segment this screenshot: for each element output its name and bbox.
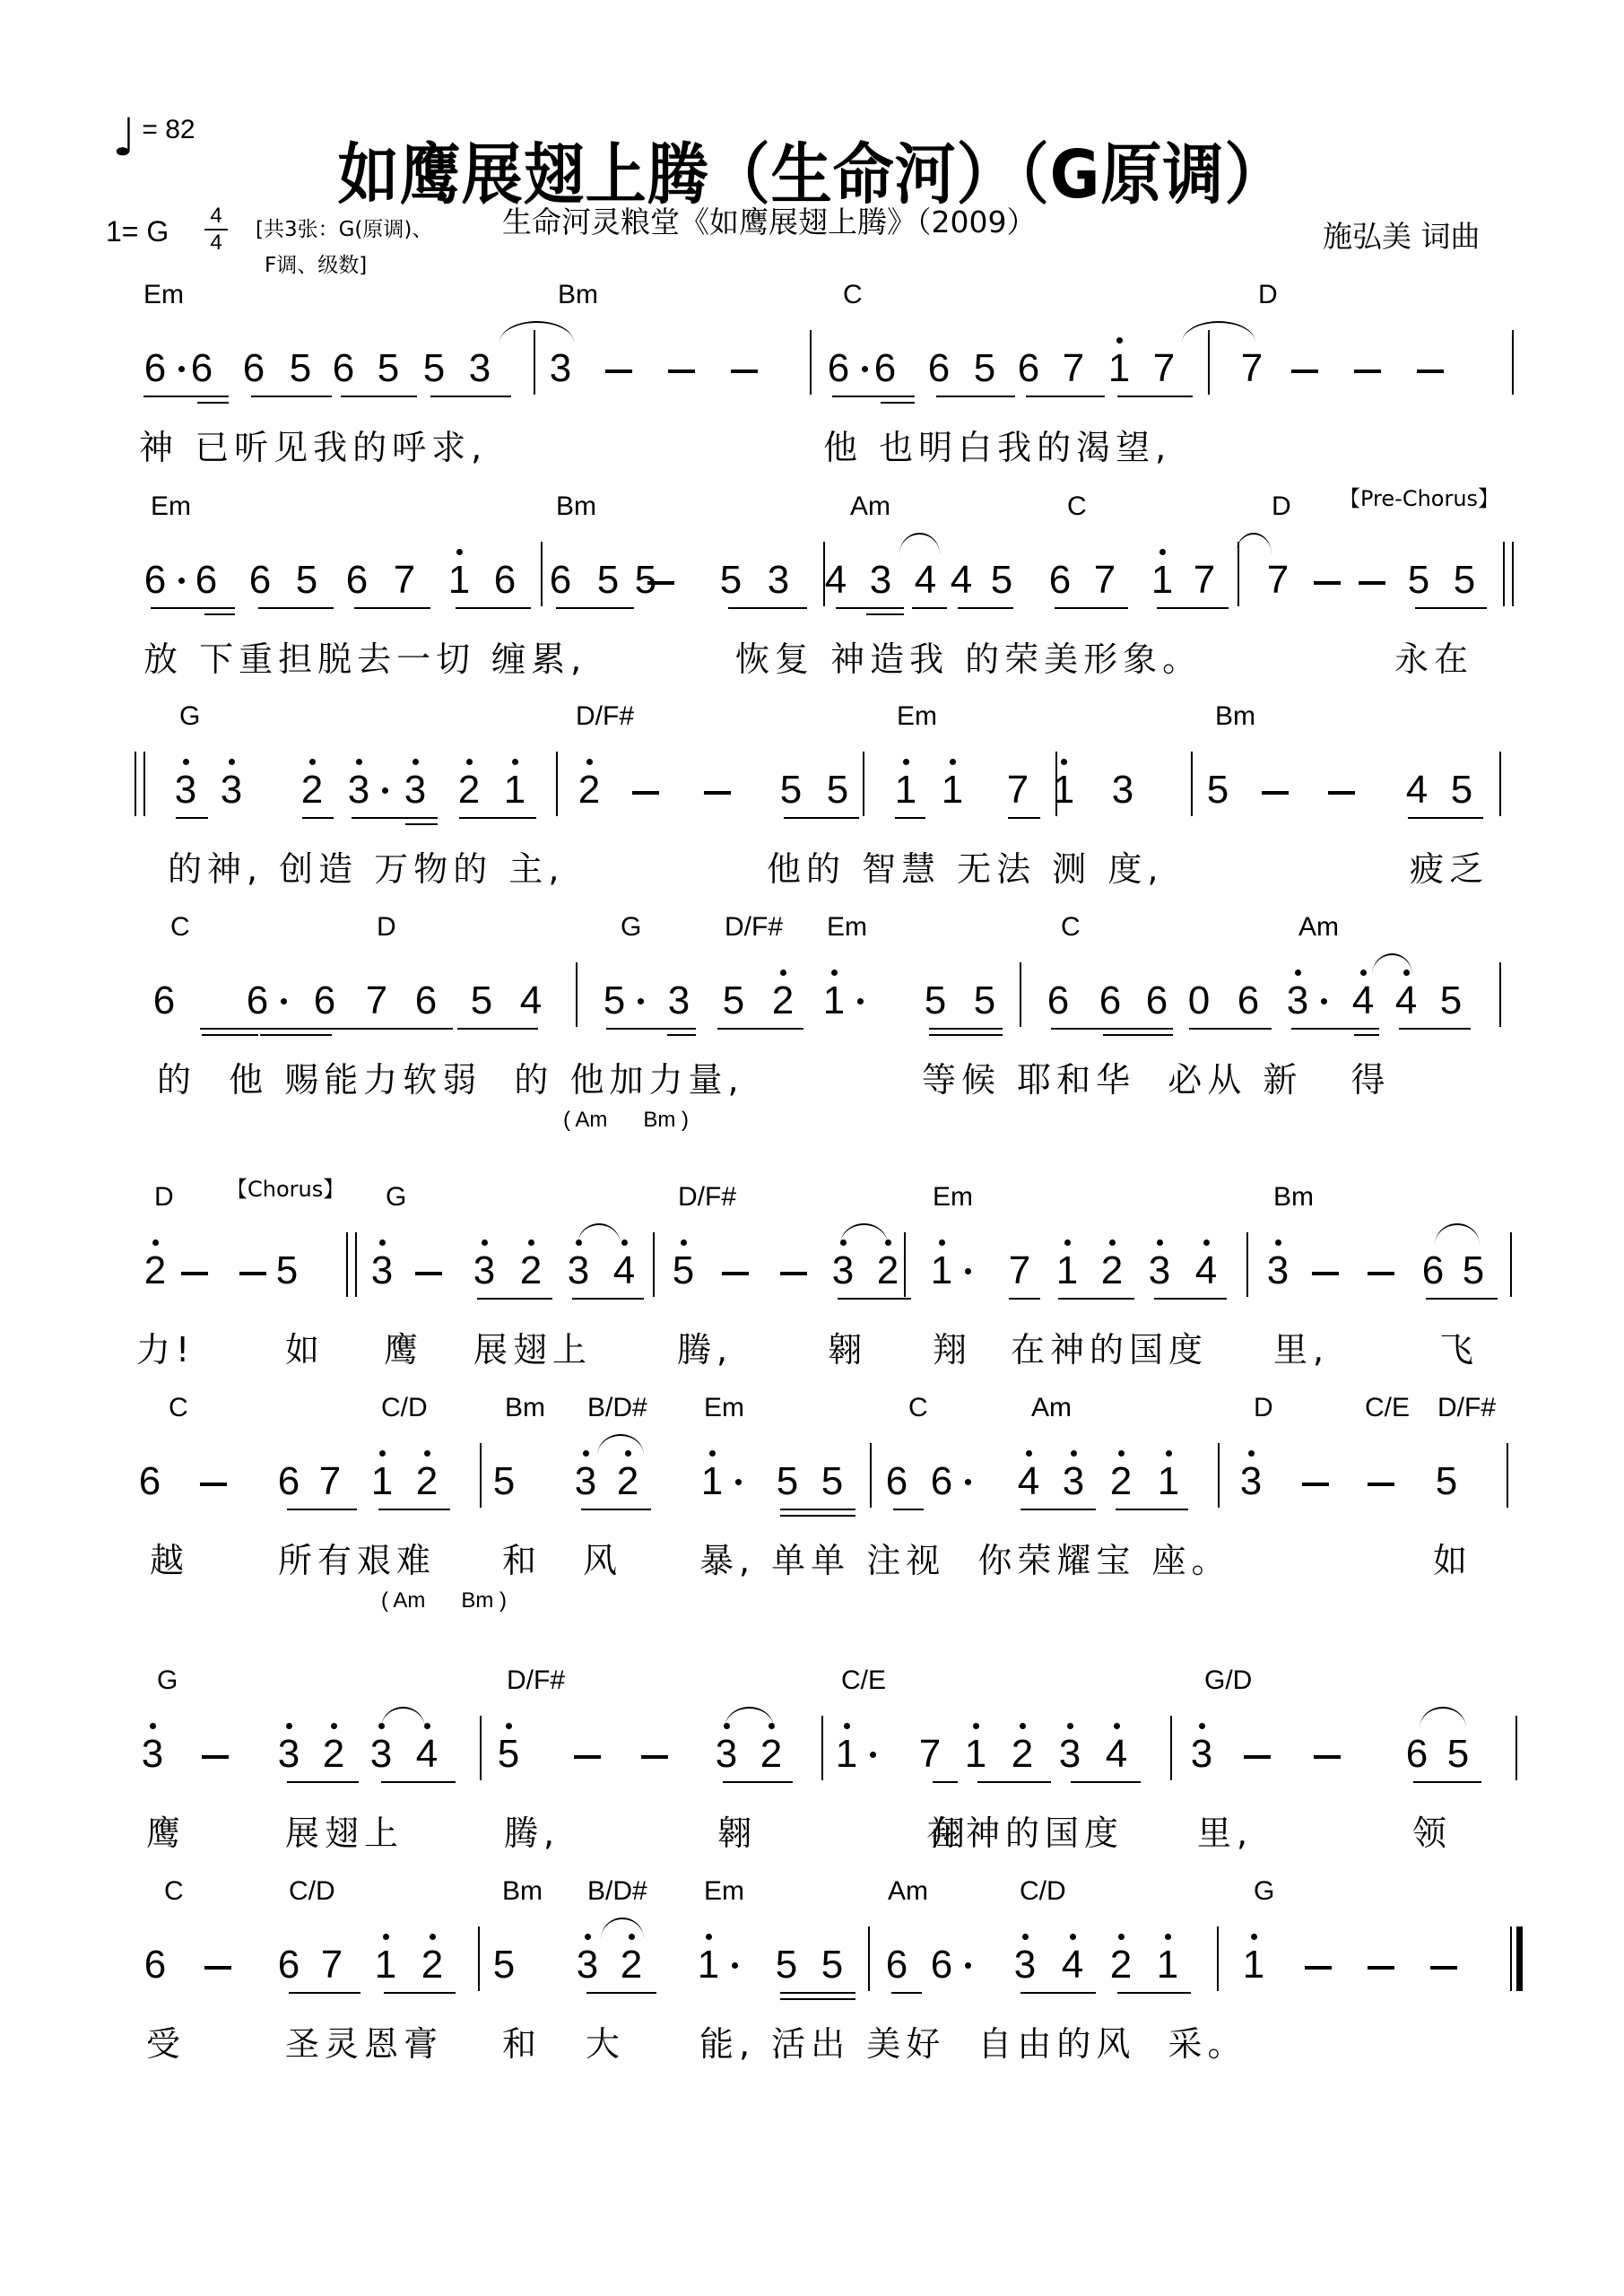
note-digit: 5 [974,346,995,390]
note: 1 [499,768,530,813]
octave-dot-icon [309,759,316,765]
notation-row: 6671253215566432135 [0,1443,1624,1524]
octave-dot-icon [903,759,909,765]
beam-underline [780,1998,855,2000]
note: 5 [771,1943,802,1987]
note-digit: 6 [333,346,354,390]
note: 6 [239,346,269,391]
beam-underline [1117,1992,1191,1994]
note-digit: 2 [323,1732,344,1776]
octave-dot-icon [1159,549,1166,555]
note-digit: 6 [1047,978,1069,1022]
note-digit: 2 [1110,1459,1132,1503]
note: 7 [915,1732,945,1777]
octave-dot-icon [1071,1450,1077,1457]
note: 5 [285,346,316,391]
note-digit: 5 [296,558,317,602]
note-digit: 6 [144,346,166,390]
barline [870,1443,872,1508]
octave-dot-icon [1118,1450,1125,1457]
note: 5 [986,558,1017,603]
chord-symbol: B/D# [587,1393,647,1423]
note: 6 [545,558,576,603]
key-signature: 1= G [106,215,169,248]
note: 6 [1013,346,1044,391]
note-digit: 4 [520,978,542,1022]
note-digit: 3 [768,558,789,602]
note-digit: 7 [1094,558,1116,602]
note-digit: 1 [698,1943,719,1987]
note: 2 [1106,1943,1136,1987]
octave-dot-icon [1165,1934,1171,1940]
tie-arc [601,1918,644,1939]
beam-underline [197,402,229,404]
sustain-dash [1430,1966,1457,1970]
note: 4 [1348,978,1378,1023]
note-digit: 6 [195,558,217,602]
chord-symbol: G [157,1665,178,1696]
note: 6 [140,558,170,603]
beam-underline [586,1992,656,1994]
lyrics-row: 神 已听见我的呼求,他 也明白我的渴望, [0,420,1624,465]
note: 5 [493,1732,524,1777]
beam-underline [1415,607,1487,609]
octave-dot-icon [152,1239,159,1246]
note: 5 [1403,558,1434,603]
note-digit: 6 [931,1943,952,1987]
beam-underline [1103,1034,1173,1036]
note: 1 [926,1248,957,1293]
octave-dot-icon [709,1450,716,1457]
octave-dot-icon [681,1239,687,1246]
note: 3 [343,768,374,813]
note-digit: 1 [931,1248,952,1292]
barline [1217,1926,1219,1991]
augmentation-dot-icon [178,366,185,372]
chord-symbol: D/F# [1437,1393,1496,1423]
note-digit: 6 [1422,1248,1444,1292]
note: 3 [711,1732,742,1777]
chord-symbol: D/F# [725,912,783,943]
barline [1510,1232,1512,1297]
octave-dot-icon [1199,1723,1205,1729]
note-digit: 6 [494,558,516,602]
note: 5 [716,558,746,603]
beam-underline [958,607,1013,609]
note: 7 [1237,346,1267,391]
beam-underline [929,1034,1003,1036]
barline [904,1232,906,1297]
beam-underline [430,396,511,397]
note: 5 [593,558,623,603]
note-digit: 6 [144,558,166,602]
note: 6 [191,558,221,603]
note: 5 [772,1459,803,1504]
note-digit: 6 [931,1459,952,1503]
octave-dot-icon [844,1723,850,1729]
note-digit: 5 [1451,768,1472,812]
chord-symbol: Am [850,491,890,522]
lyric-text: 在神的国度 [1011,1322,1208,1371]
sustain-dash [239,1272,266,1275]
note-digit: 7 [1267,558,1289,602]
note: 2 [516,1248,546,1293]
tie-arc [1435,1223,1480,1245]
augmentation-dot-icon [732,1962,738,1969]
chord-symbol: Am [1031,1393,1072,1423]
beam-underline [977,1781,1051,1783]
lyrics-row: 鹰展翅上腾,翱翔在神的国度里,领 [0,1805,1624,1850]
note-digit: 1 [1108,346,1130,390]
octave-dot-icon [1295,970,1301,976]
note-digit: 3 [1063,1459,1084,1503]
note: 5 [969,346,1000,391]
augmentation-dot-icon [638,998,644,1004]
note-digit: 3 [473,1248,495,1292]
sustain-dash [632,791,659,795]
beam-underline [258,607,334,609]
chord-symbol: Em [897,701,937,732]
note-digit: 1 [965,1732,986,1776]
note-digit: 5 [1447,1732,1469,1776]
octave-dot-icon [1109,1239,1116,1246]
note: 5 [1431,1459,1462,1504]
note: 6 [881,1943,912,1987]
barline [346,1232,357,1297]
note-digit: 7 [366,978,387,1022]
note-digit: 1 [371,1459,393,1503]
note: 2 [1106,1459,1136,1504]
note: 3 [366,1732,396,1777]
barline [1512,330,1514,395]
tie-arc [1420,1707,1466,1728]
note: 1 [1152,1943,1183,1987]
lyric-text: 翔 [933,1322,972,1371]
note-digit: 2 [1101,1248,1123,1292]
beam-underline [933,1781,958,1783]
note: 1 [1104,346,1134,391]
note-digit: 3 [575,1459,596,1503]
tie-arc [1372,953,1412,975]
augmentation-dot-icon [382,787,388,794]
beam-underline [1058,1298,1134,1300]
chord-symbol: G [179,701,200,732]
augmentation-dot-icon [1321,998,1327,1004]
octave-dot-icon [528,1239,534,1246]
beam-underline [1354,1034,1379,1036]
note: 6 [245,558,275,603]
source-credit: 生命河灵粮堂《如鹰展翅上腾》（2009） [502,199,1036,241]
lyric-text: 里, [1197,1805,1253,1855]
octave-dot-icon [950,759,956,765]
octave-dot-icon [1251,1934,1257,1940]
note-digit: 6 [249,558,271,602]
beam-underline [251,396,332,397]
note-digit: 6 [886,1943,908,1987]
octave-dot-icon [286,1723,292,1729]
note: 6 [1043,978,1073,1023]
note-digit: 2 [617,1459,638,1503]
beam-underline [832,396,915,397]
section-label: 【Pre-Chorus】 [1339,481,1499,512]
note-digit: 4 [1195,1248,1217,1292]
beam-underline [1154,1298,1227,1300]
chord-symbol: D [1254,1393,1273,1423]
note-digit: 6 [1099,978,1121,1022]
note: 4 [1057,1943,1088,1987]
chord-symbol: D/F# [507,1665,565,1696]
beam-underline [202,1034,258,1036]
beam-underline [378,1509,450,1510]
note-digit: 4 [951,558,972,602]
time-signature-bottom: 4 [204,231,228,255]
chord-symbol: C [170,912,190,943]
lyric-text: 大 [586,2016,625,2066]
note-digit: 6 [1049,558,1071,602]
octave-dot-icon [383,1934,389,1940]
octave-dot-icon [229,759,235,765]
note: 3 [828,1248,858,1293]
beam-underline [936,396,1015,397]
note-digit: 7 [1009,1248,1030,1292]
beam-underline [354,607,430,609]
beam-underline [1026,396,1105,397]
note: 1 [1048,768,1079,813]
note: 0 [1184,978,1214,1023]
note-digit: 3 [404,768,426,812]
beam-underline [381,1781,456,1783]
score-system: EmBmAmCD【Pre-Chorus】66656716655534344567… [0,491,1624,698]
note-digit: 5 [597,558,619,602]
note: 4 [821,558,851,603]
lyric-text: 力! [136,1322,195,1371]
beam-underline [384,1992,456,1994]
beam-underline [784,817,859,819]
chord-symbol: Bm [1215,701,1255,732]
note-digit: 0 [1188,978,1210,1022]
note-digit: 4 [416,1732,438,1776]
note: 7 [361,978,392,1023]
chord-symbol: C [1061,912,1081,943]
note: 2 [873,1248,903,1293]
lyric-text: 的神, 创造 万物的 主, [168,841,564,891]
note-digit: 3 [175,768,196,812]
note-digit: 7 [321,1943,343,1987]
score-system: EmBmCD666565533666567177神 已听见我的呼求,他 也明白我… [0,280,1624,486]
note: 3 [469,1248,499,1293]
note: 4 [609,1248,639,1293]
note: 6 [274,1943,304,1987]
note-digit: 5 [1454,558,1475,602]
note: 6 [309,978,340,1023]
chord-symbol: C/D [381,1393,428,1423]
beam-underline [1071,1781,1141,1783]
note: 2 [574,768,604,813]
octave-dot-icon [506,1723,512,1729]
chord-symbol: D/F# [576,701,634,732]
note: 5 [489,1459,519,1504]
note-digit: 1 [836,1732,857,1776]
sustain-dash [1291,370,1318,373]
note-digit: 4 [915,558,936,602]
note: 1 [370,1943,401,1987]
note: 3 [1282,978,1313,1023]
note-digit: 4 [1406,768,1428,812]
note: 3 [664,978,694,1023]
alternate-chords: ( Am Bm ) [563,1108,689,1133]
beam-underline [572,1298,644,1300]
note: 3 [170,768,201,813]
sustain-dash [1368,1966,1394,1970]
sustain-dash [668,370,695,373]
note-digit: 3 [1267,1248,1289,1292]
sustain-dash [181,1272,208,1275]
note-digit: 3 [278,1732,300,1776]
sustain-dash [1354,370,1381,373]
beam-underline [151,607,235,609]
note: 4 [1402,768,1432,813]
note-digit: 5 [378,346,399,390]
chord-symbol: C [164,1876,184,1907]
note: 4 [1101,1732,1132,1777]
sustain-dash [722,1272,749,1275]
note-digit: 7 [1007,768,1029,812]
note: 3 [137,1732,168,1777]
beam-underline [341,396,417,397]
chord-symbol: Am [888,1876,928,1907]
note-digit: 4 [613,1248,635,1292]
note: 2 [297,768,327,813]
note: 4 [516,978,546,1023]
note-digit: 6 [1238,978,1259,1022]
note-digit: 6 [191,346,213,390]
note-digit: 5 [723,978,744,1022]
note-digit: 3 [1240,1459,1262,1503]
note-digit: 6 [1406,1732,1428,1776]
note: 2 [412,1459,442,1504]
note-digit: 5 [471,978,492,1022]
note-digit: 1 [823,978,845,1022]
note: 4 [412,1732,442,1777]
note: 7 [317,1943,347,1987]
note-digit: 3 [832,1248,854,1292]
chord-symbol: D/F# [678,1182,736,1213]
note-digit: 3 [1149,1248,1170,1292]
beam-underline [728,607,807,609]
octave-dot-icon [1118,1934,1125,1940]
tie-arc [499,321,574,343]
score-system: GD/F#EmBm332332125511713545的神, 创造 万物的 主,… [0,701,1624,908]
note: 5 [272,1248,302,1293]
note: 6 [342,558,372,603]
note: 4 [910,558,941,603]
note: 5 [599,978,630,1023]
octave-dot-icon [831,970,838,976]
note: 1 [831,1732,862,1777]
lyric-text: 恢复 神造我 的荣美形象。 [735,631,1202,681]
lyric-text: 暴, 单单 注视 你荣耀宝 座。 [699,1533,1230,1582]
beam-underline [287,1781,359,1783]
octave-dot-icon [583,1450,589,1457]
note: 1 [937,768,968,813]
note: 3 [400,768,430,813]
lyric-text: 受 [146,2016,186,2066]
barline [480,1716,482,1780]
note: 5 [822,768,853,813]
note: 5 [1436,978,1466,1023]
note-digit: 3 [577,1943,598,1987]
beam-underline [459,817,536,819]
note: 5 [373,346,404,391]
note-digit: 4 [1062,1943,1083,1987]
octave-dot-icon [780,970,786,976]
note-digit: 4 [825,558,847,602]
octave-dot-icon [939,1239,945,1246]
note: 6 [926,1943,957,1987]
note-digit: 3 [568,1248,589,1292]
tie-arc [381,1707,425,1728]
octave-dot-icon [1166,1450,1172,1457]
note-digit: 6 [247,978,268,1022]
barline [576,962,578,1027]
chord-symbol: Am [1298,912,1339,943]
note: 6 [242,978,273,1023]
sustain-dash [1359,581,1385,585]
note-digit: 6 [278,1459,300,1503]
augmentation-dot-icon [870,1752,876,1758]
octave-dot-icon [706,1934,712,1940]
note: 3 [1186,1732,1217,1777]
note: 1 [1052,1248,1082,1293]
beam-underline [929,1028,1003,1030]
barline [1507,1443,1508,1508]
score-system: GD/F#C/EG/D33234532171234365鹰展翅上腾,翱翔在神的国… [0,1665,1624,1872]
note: 6 [149,978,179,1023]
note-digit: 6 [153,978,175,1022]
lyric-text: 和 [502,2016,542,2066]
beam-underline [556,607,634,609]
barline [1170,1716,1172,1780]
chord-symbol: Em [151,491,191,522]
augmentation-dot-icon [862,366,868,372]
beam-underline [1051,1028,1173,1030]
lyric-text: 和 [502,1533,542,1582]
alternate-chords: ( Am Bm ) [381,1588,507,1613]
barline [653,1232,655,1297]
note: 3 [367,1248,397,1293]
beam-underline [302,817,334,819]
note: 5 [718,978,749,1023]
note: 6 [870,346,900,391]
note-digit: 6 [886,1459,908,1503]
note: 1 [693,1943,724,1987]
note-digit: 1 [375,1943,396,1987]
note-digit: 1 [1157,1943,1178,1987]
note-digit: 6 [928,346,950,390]
octave-dot-icon [1026,1450,1032,1457]
chord-symbol: Bm [502,1876,543,1907]
note: 2 [1097,1248,1127,1293]
octave-dot-icon [424,1723,430,1729]
barline [1191,752,1193,816]
note-digit: 2 [877,1248,899,1292]
octave-dot-icon [1157,1239,1163,1246]
note-digit: 7 [319,1459,341,1503]
sustain-dash [1244,1755,1271,1759]
beam-underline [1117,396,1193,397]
note-digit: 5 [780,768,802,812]
chord-symbol: C/E [1365,1393,1410,1423]
